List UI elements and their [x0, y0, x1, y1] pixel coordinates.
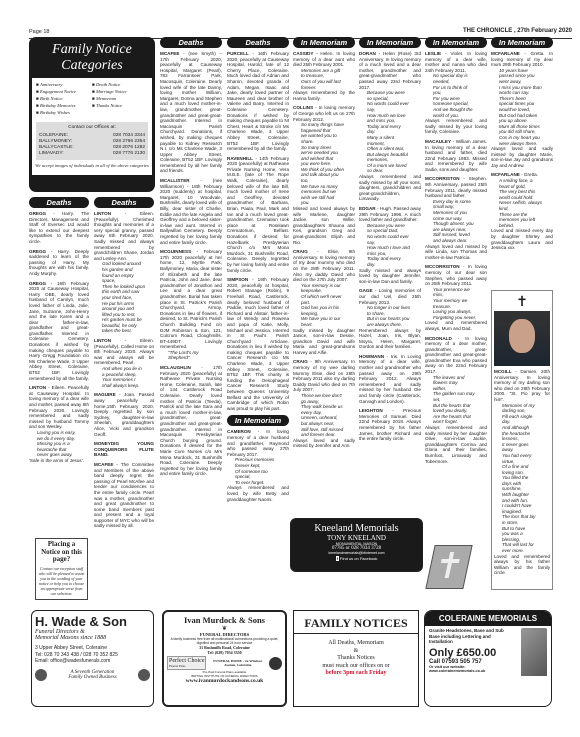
notice-entry: GAGE - Loving memories of our dad Uel, d… [359, 288, 421, 350]
portrait-photo [494, 311, 550, 366]
deaths-column-3: DeathsMCAFEE - (nee Smyth) – 17th Februa… [160, 37, 222, 592]
notice-entry: MCLAUGHLIN - 17th February 2020 (peacefu… [160, 365, 222, 477]
notice-entry: CRAIG - 9th Anniversary. In memory of my… [293, 359, 355, 449]
memoriam-banner: In Memoriam [227, 415, 289, 426]
deaths-column-2: DeathsLINTON - Eileen. (Peacefully). Che… [94, 197, 154, 597]
notice-entry: MCFARLANE - Gretta.A smiling face, a hea… [491, 172, 553, 250]
categories-list: AnniversaryDeath NoticeEngagement Notice… [32, 78, 152, 119]
categories-footer: We accept images of individuals in all o… [32, 160, 152, 172]
cross-icon: ✝ [494, 293, 550, 309]
family-notices-deadline-ad: FAMILY NOTICES All Deaths, Memoriam&Than… [293, 610, 419, 707]
category-item: Birthday Wishes [36, 109, 92, 116]
notice-entry: GREGG - Harry. Deeply saddened to learn … [29, 249, 89, 277]
category-item: Birth Notice [36, 95, 92, 102]
notice-entry: MCDONALD - In loving memory of a dear mo… [425, 336, 487, 465]
category-item: Death Notice [92, 81, 148, 88]
notice-entry: MCAFEE - The Committee and Members of th… [94, 462, 154, 529]
memoriam-banner: In Memoriam [491, 37, 553, 48]
deaths-banner: Deaths [160, 37, 222, 48]
deaths-banner: Deaths [29, 197, 89, 208]
category-item: Marriage Notice [92, 88, 148, 95]
notice-entry: MONEYDIG YOUNG CONQUERORS FLUTE BAND. [94, 441, 154, 458]
notice-entry: MCCORRISTON - In loving memory of our de… [425, 264, 487, 331]
notice-entry: LINTON - Eileen. (Peacefully). Cherished… [94, 211, 154, 334]
memoriam-banner: In Memoriam [293, 37, 355, 48]
notice-entry: LINTON - Eileen. Peacefully at Causeway … [29, 385, 89, 463]
notice-entry: DORAN - Helen (Rose) 3rd Anniversary. In… [359, 51, 421, 202]
notice-entry: LINTON - Eileen. (Peacefully). Called Ho… [94, 338, 154, 388]
crest-icon [138, 669, 150, 681]
coleraine-memorials-ad: COLERAINE MEMORIALS Granite Headstones, … [424, 610, 552, 707]
notice-entry: LEIGHTON - Precious Memories of Samuel. … [359, 408, 421, 442]
categories-box: Family NoticeCategories AnniversaryDeath… [29, 37, 155, 192]
ivan-murdock-ad: Ivan Murdock & Sons ❦ FUNERAL DIRECTORS … [162, 610, 287, 707]
office-row: LIMAVADY:028 7776 2130 [39, 151, 145, 157]
notice-entry: HOWMANN - Iris. In Loving Memory of a de… [359, 354, 421, 404]
memoriam-banner: In Memoriam [425, 37, 487, 48]
deaths-column-1: DeathsGREGG - Harry. The Directors, Mana… [29, 197, 89, 537]
notice-entry: COLLINS - In loving memory of George who… [293, 105, 355, 245]
notice-entry: RAVENHILL - 14th February 2020 (peaceful… [227, 156, 289, 273]
notice-entry: MACAULEY - William James. In loving memo… [425, 139, 487, 173]
deaths-banner: Deaths [227, 37, 289, 48]
notice-entry: MCFARLANE - Gretta. In loving memory of … [491, 51, 553, 168]
category-item: Memoriam [92, 95, 148, 102]
category-item: Birthday Memories [36, 102, 92, 109]
notice-entry: SIMPSON - 19th February 2020, peacefully… [227, 277, 289, 411]
notice-entry: MCAFEE - (nee Smyth) – 17th February 202… [160, 51, 222, 174]
headstone-image [521, 628, 547, 676]
mcgill-photo-notice: ✝ MCGILL - Damien. 20th Anniversary. In … [491, 290, 553, 590]
deaths-banner: Deaths [94, 197, 154, 208]
placing-notice-box: Placing a Notice on this page? Contact o… [35, 538, 88, 600]
memoriam-column-5: In MemoriamCASSIDY - Helen. In loving me… [293, 37, 355, 517]
deaths-column-4: DeathsPURCELL - 16th February 2020, peac… [227, 37, 289, 592]
memoriam-column-7: In MemoriamLESLIE - Violet. In loving me… [425, 37, 487, 592]
memoriam-banner: In Memoriam [359, 37, 421, 48]
notice-entry: GREGG - Harry. The Directors, Management… [29, 211, 89, 245]
category-item: Engagement Notice [36, 88, 92, 95]
memoriam-column-6: In MemoriamDORAN - Helen (Rose) 3rd Anni… [359, 37, 421, 517]
categories-title: Family NoticeCategories [32, 42, 152, 74]
notice-entry: CAMERON - In loving memory of a dear hus… [227, 429, 289, 502]
notice-entry: CASSIDY - Helen. In loving memory of a d… [293, 51, 355, 101]
paper-date: THE CHRONICLE , 27th February 2020 [463, 28, 572, 34]
wade-funerals-ad: H. Wade & Son Funeral Directors & Memori… [31, 610, 154, 707]
facebook-icon: f [336, 556, 339, 561]
notice-entry: EDGAR - Hugh. Passed away 29th February … [359, 206, 421, 284]
notice-entry: GREGG - 16th February 2020 at Causeway H… [29, 281, 89, 382]
contact-offices: Contact our Offices at:COLERAINE:028 703… [36, 122, 148, 160]
lion-crest-icon [269, 657, 282, 670]
memoriam-column-8: In MemoriamMCFARLANE - Gretta. In loving… [491, 37, 553, 287]
notice-entry: LESLIE - Violet. In loving memory of a d… [425, 51, 487, 135]
page-number: Page 18 [29, 29, 50, 35]
bible-cross-illustration [430, 545, 472, 595]
kneeland-memorials-ad: Kneeland Memorials TONY KNEELAND MONUMEN… [290, 518, 423, 572]
notice-entry: MAGUIRE - Joan. Passed away peacefully a… [94, 392, 154, 437]
category-item: Anniversary [36, 81, 92, 88]
notice-entry: MCGUINNESS - February 17th 2020 peaceful… [160, 249, 222, 361]
notice-entry: CRAIG - Elsie, 9th Anniversary. In lovin… [293, 249, 355, 355]
category-item: Thanks Notice [92, 102, 148, 109]
notice-entry: PURCELL - 16th February 2020, peacefully… [227, 51, 289, 152]
notice-entry: MCCORRISTON - Stephen. 9th Anniversary, … [425, 176, 487, 260]
notice-entry: MCALLISTER - (nee Williamson) - 18th Feb… [160, 178, 222, 245]
crest-icon [35, 669, 47, 681]
